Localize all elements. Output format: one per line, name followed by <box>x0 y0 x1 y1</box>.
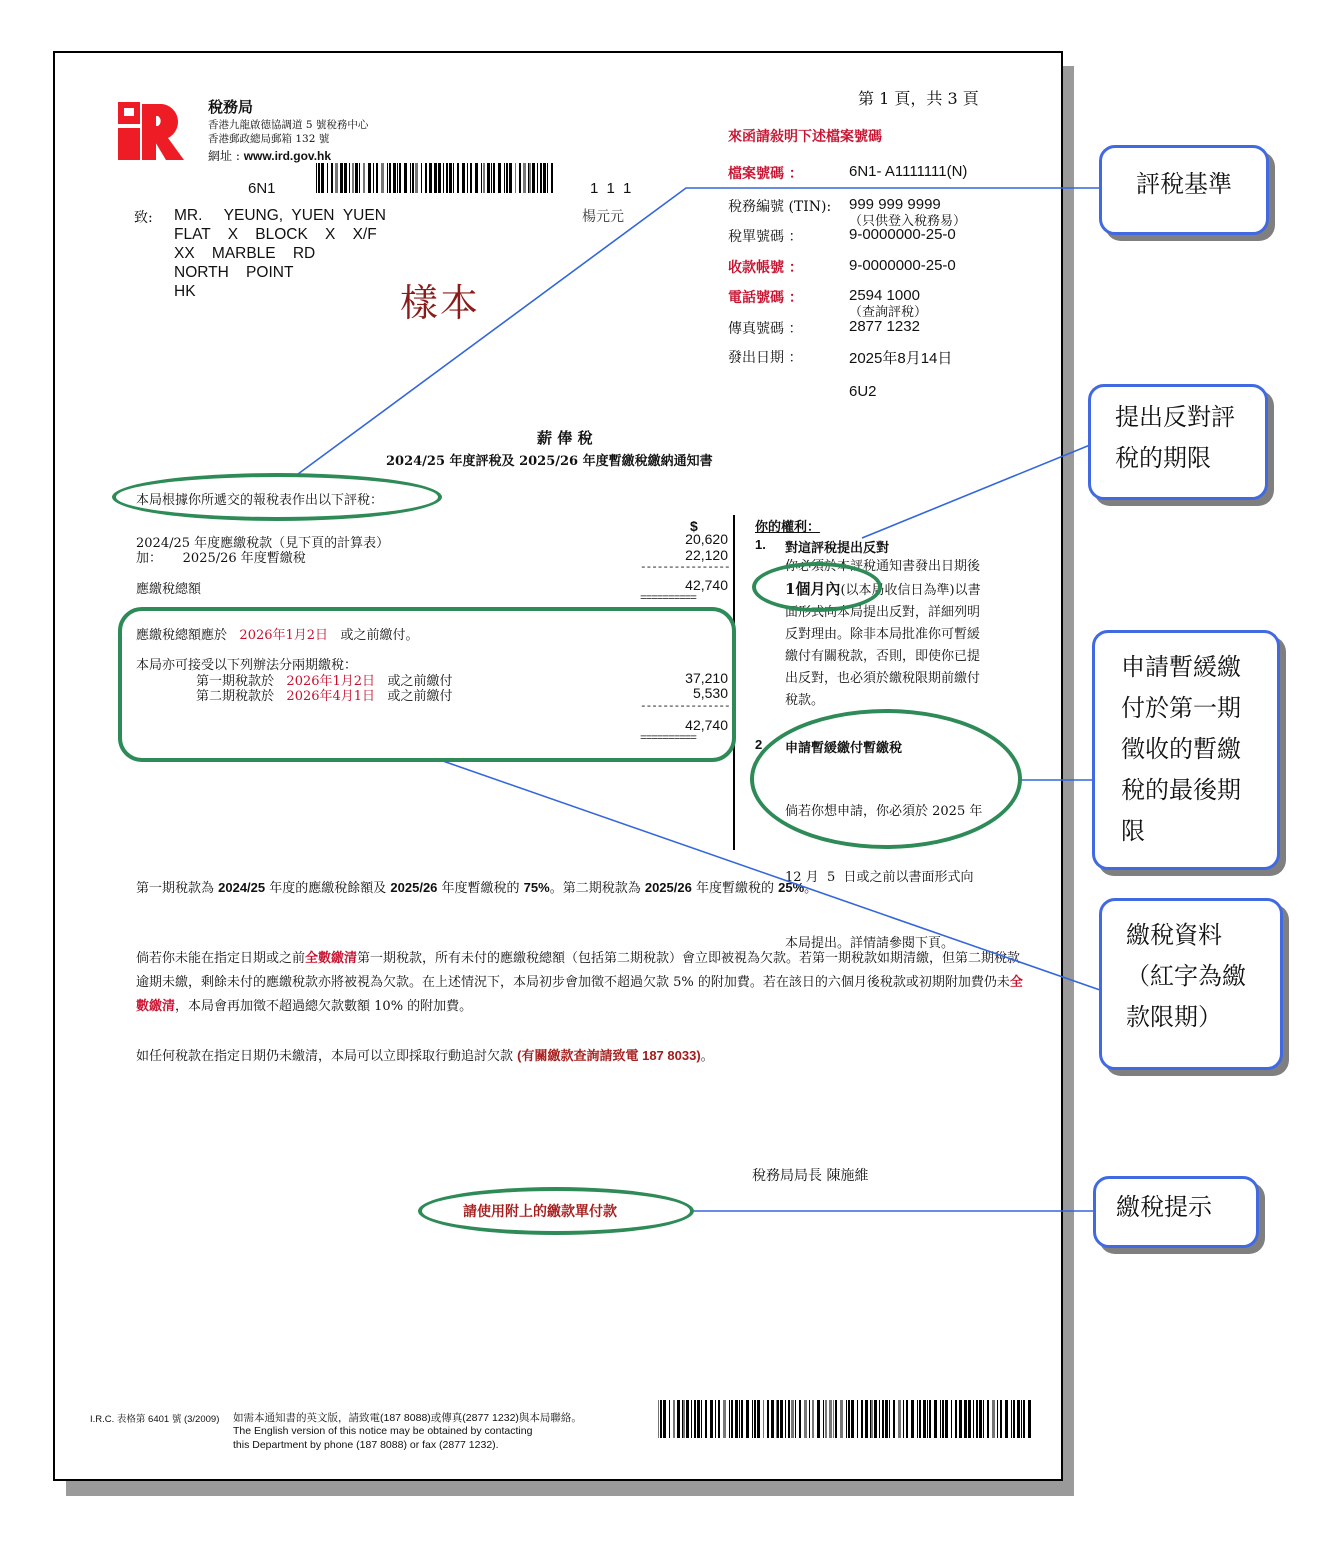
callout-holdover-deadline: 申請暫緩繳付於第一期徵收的暫繳稅的最後期限 <box>1092 630 1280 870</box>
highlight-pay-hint <box>418 1187 694 1235</box>
callout-objection-deadline: 提出反對評稅的期限 <box>1088 384 1268 500</box>
highlight-objection-deadline <box>752 562 882 612</box>
highlight-holdover-deadline <box>750 709 1022 849</box>
highlight-assessment-basis <box>112 473 442 521</box>
callout-assessment-basis: 評稅基準 <box>1099 145 1269 235</box>
highlight-payment-info <box>118 607 736 762</box>
callout-pay-hint: 繳稅提示 <box>1093 1176 1259 1248</box>
callout-payment-info: 繳稅資料（紅字為繳款限期） <box>1099 898 1283 1070</box>
